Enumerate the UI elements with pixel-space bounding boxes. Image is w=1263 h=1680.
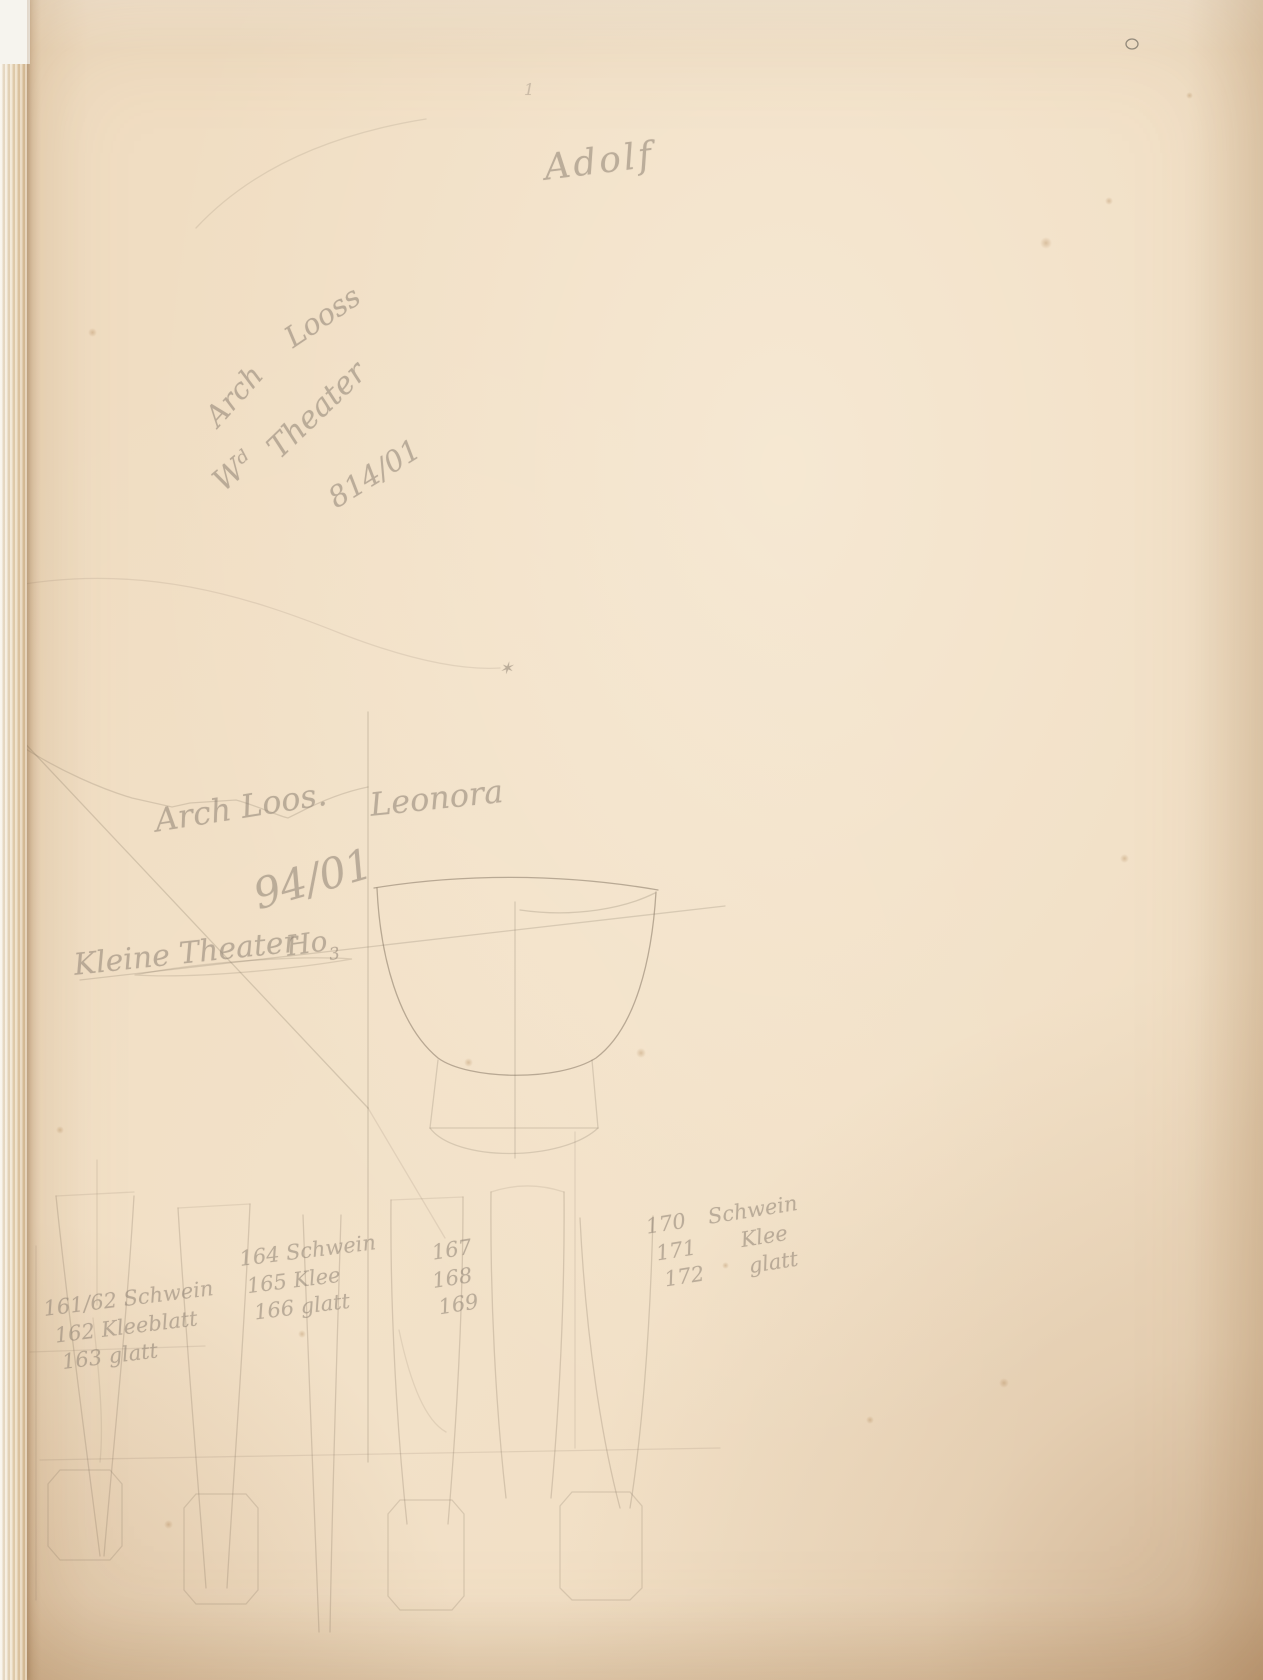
book-page-edge bbox=[0, 0, 27, 1680]
scanned-sketchbook-page: 1 o Adolf Looss Arch Wᵈ Theater 814/01 ✶… bbox=[0, 0, 1263, 1680]
mid-curve-sketch bbox=[2, 578, 500, 668]
ho-text: Ho bbox=[284, 924, 329, 962]
page-corner-underlay bbox=[0, 0, 30, 64]
star-mark: ✶ bbox=[499, 659, 513, 679]
page-number-mark: 1 bbox=[524, 80, 534, 99]
item-group-164-166: 164 Schwein 165 Klee 166 glatt bbox=[238, 1229, 384, 1328]
spine-shadow bbox=[27, 0, 41, 1680]
inscription-ho: Ho3 bbox=[284, 923, 341, 970]
goblet-sketch bbox=[374, 877, 658, 1158]
top-arc-sketch bbox=[196, 119, 426, 228]
faceted-base-sketch bbox=[48, 1470, 642, 1610]
pencil-sketch-overlay bbox=[0, 0, 1263, 1680]
